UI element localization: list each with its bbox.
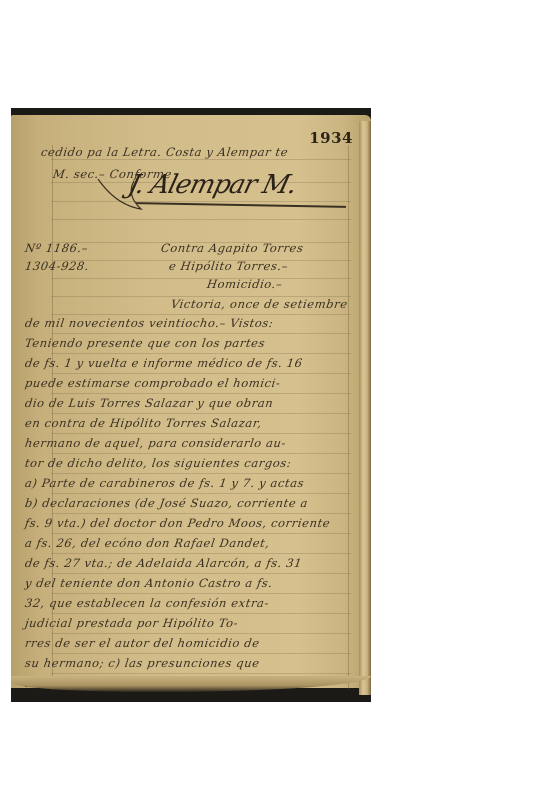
ruled-line xyxy=(51,473,351,474)
body-line: de fs. 27 vta.; de Adelaida Alarcón, a f… xyxy=(24,556,303,570)
ruled-line xyxy=(51,159,351,160)
body-line: de mil novecientos veintiocho.– Vistos: xyxy=(24,316,274,330)
ruled-line xyxy=(51,673,351,674)
body-line: su hermano; c) las presunciones que xyxy=(24,656,261,670)
page-bottom-curl xyxy=(11,676,371,692)
signature: J. Alempar M. xyxy=(125,170,299,200)
signature-underline xyxy=(136,202,346,208)
body-line: y del teniente don Antonio Castro a fs. xyxy=(24,576,274,590)
body-line: en contra de Hipólito Torres Salazar, xyxy=(24,416,263,430)
ledger-page: 1934 cedido pa la Letra. Costa y Alempar… xyxy=(11,115,371,688)
ruled-line xyxy=(51,513,351,514)
body-line: a fs. 26, del ecóno don Rafael Dandet, xyxy=(24,536,271,550)
right-margin-line xyxy=(348,145,349,690)
ruled-line xyxy=(51,353,351,354)
ruled-line xyxy=(51,453,351,454)
case-number: Nº 1186.– xyxy=(24,241,89,255)
body-line: tor de dicho delito, los siguientes carg… xyxy=(24,456,292,470)
body-line: hermano de aquel, para considerarlo au- xyxy=(24,436,287,450)
ruled-line xyxy=(51,373,351,374)
ruled-line xyxy=(51,314,351,315)
ruled-line xyxy=(51,493,351,494)
document-photo: 1934 cedido pa la Letra. Costa y Alempar… xyxy=(11,108,371,702)
body-line: dio de Luis Torres Salazar y que obran xyxy=(24,396,274,410)
body-line: puede estimarse comprobado el homici- xyxy=(24,376,281,390)
ruled-line xyxy=(51,613,351,614)
ruled-line xyxy=(51,393,351,394)
body-line: rres de ser el autor del homicidio de xyxy=(24,636,261,650)
body-line: judicial prestada por Hipólito To- xyxy=(24,616,239,630)
case-reference: 1304-928. xyxy=(24,259,90,273)
header-line: cedido pa la Letra. Costa y Alempar te xyxy=(40,145,289,159)
ruled-line xyxy=(51,633,351,634)
body-line: 32, que establecen la confesión extra- xyxy=(24,596,270,610)
ruled-line xyxy=(51,433,351,434)
body-line: Teniendo presente que con los partes xyxy=(24,336,266,350)
body-line: de fs. 1 y vuelta e informe médico de fs… xyxy=(24,356,304,370)
case-title-line: Homicidio.– xyxy=(206,277,283,291)
ruled-line xyxy=(51,219,351,220)
case-title-line: e Hipólito Torres.– xyxy=(168,259,289,273)
ruled-line xyxy=(51,413,351,414)
body-line: a) Parte de carabineros de fs. 1 y 7. y … xyxy=(24,476,305,490)
ruled-line xyxy=(51,533,351,534)
page-edge xyxy=(359,121,371,695)
body-line: b) declaraciones (de José Suazo, corrien… xyxy=(24,496,309,510)
body-line: fs. 9 vta.) del doctor don Pedro Moos, c… xyxy=(24,516,331,530)
page-number: 1934 xyxy=(309,129,353,147)
ruled-line xyxy=(51,593,351,594)
ruled-line xyxy=(51,653,351,654)
ruled-line xyxy=(51,573,351,574)
ruled-line xyxy=(51,553,351,554)
ruled-line xyxy=(51,333,351,334)
case-title-line: Contra Agapito Torres xyxy=(160,241,304,255)
body-line: Victoria, once de setiembre xyxy=(170,297,349,311)
ruled-line xyxy=(51,278,351,279)
